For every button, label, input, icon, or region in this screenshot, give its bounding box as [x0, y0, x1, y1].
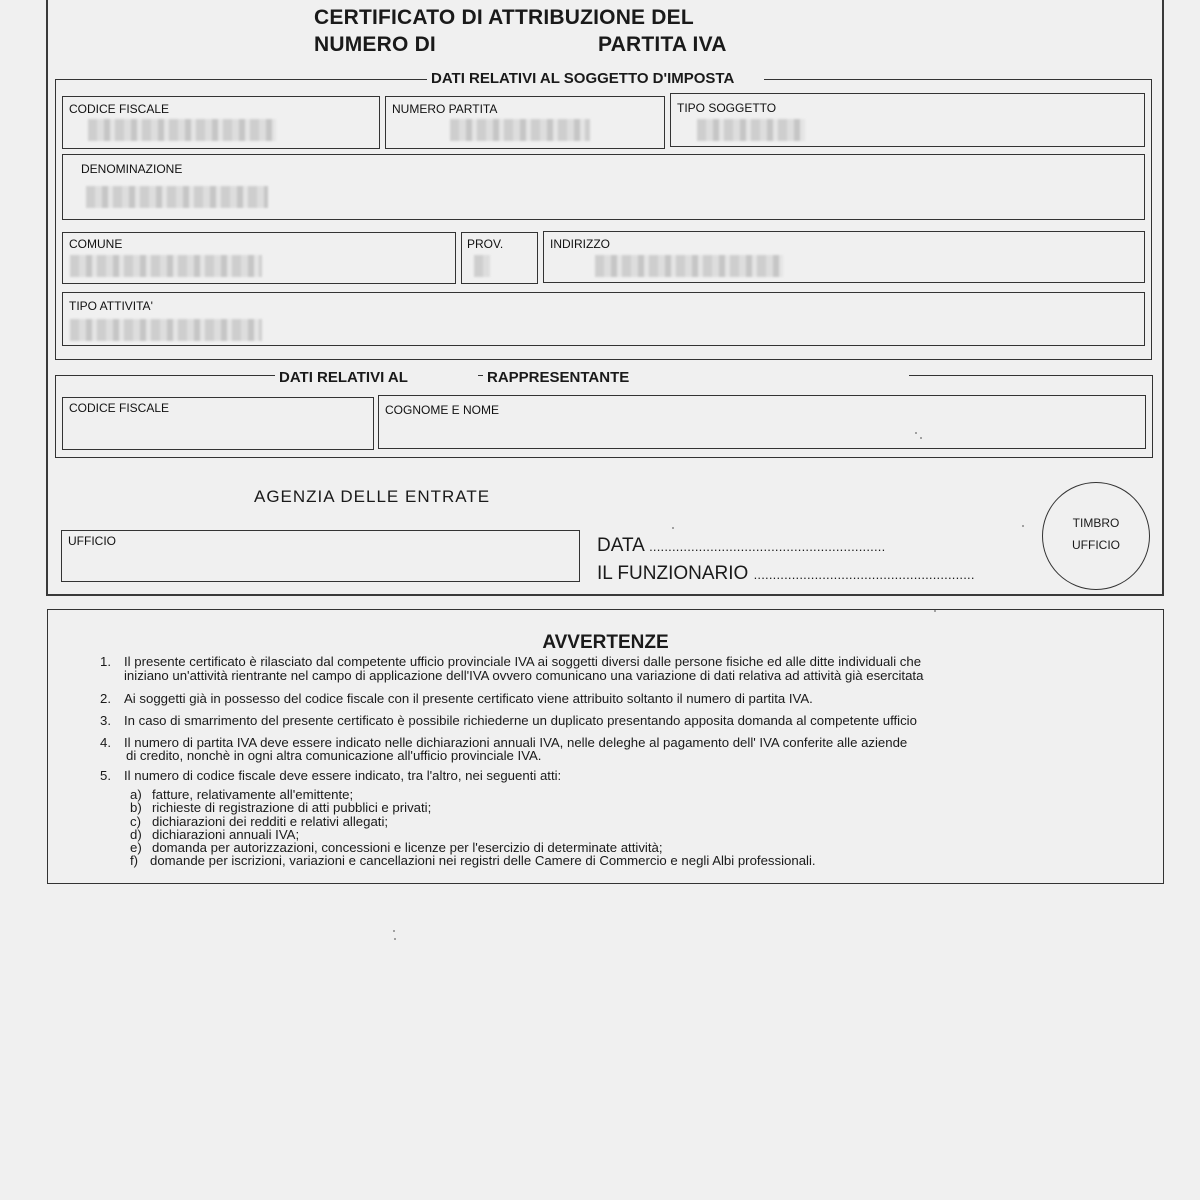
tipo-soggetto-label: TIPO SOGGETTO — [677, 101, 776, 115]
warning-text: Il numero di codice fiscale deve essere … — [124, 768, 561, 783]
stamp-line2: UFFICIO — [1043, 538, 1149, 552]
agency-name: AGENZIA DELLE ENTRATE — [254, 487, 490, 507]
subitem-a: a)fatture, relativamente all'emittente; — [130, 788, 816, 801]
taxpayer-section-heading: DATI RELATIVI AL SOGGETTO D'IMPOSTA — [427, 70, 764, 87]
warning-item-3: 3.In caso di smarrimento del presente ce… — [100, 714, 917, 728]
scan-speck — [1022, 525, 1024, 527]
ufficio-label: UFFICIO — [68, 534, 116, 548]
warning-text: In caso di smarrimento del presente cert… — [124, 713, 917, 728]
denominazione-value-redacted — [86, 186, 268, 208]
scan-speck — [672, 527, 674, 529]
scan-speck — [920, 437, 922, 439]
warning-text: Il presente certificato è rilasciato dal… — [124, 654, 921, 669]
warning-number: 5. — [100, 769, 124, 783]
subitem-d: d)dichiarazioni annuali IVA; — [130, 828, 816, 841]
ufficio-field — [61, 530, 580, 582]
data-dotted-line: ........................................… — [649, 539, 885, 554]
warning-number: 2. — [100, 692, 124, 706]
warning-text: Ai soggetti già in possesso del codice f… — [124, 691, 813, 706]
certificate-title-line2-right: PARTITA IVA — [598, 33, 727, 57]
subitem-f: f)domande per iscrizioni, variazioni e c… — [130, 854, 816, 867]
representative-section-heading-right: RAPPRESENTANTE — [483, 369, 909, 386]
subitem-e: e)domanda per autorizzazioni, concession… — [130, 841, 816, 854]
certificate-title-line1: CERTIFICATO DI ATTRIBUZIONE DEL — [314, 6, 694, 30]
warning-subitems: a)fatture, relativamente all'emittente; … — [130, 788, 816, 868]
scan-speck — [393, 930, 395, 932]
indirizzo-label: INDIRIZZO — [550, 237, 610, 251]
outer-frame-bottom — [46, 594, 1164, 596]
comune-value-redacted — [70, 255, 262, 277]
warning-item-5: 5.Il numero di codice fiscale deve esser… — [100, 769, 561, 783]
office-stamp-circle: TIMBRO UFFICIO — [1042, 482, 1150, 590]
rappresentante-codice-fiscale-label: CODICE FISCALE — [69, 401, 169, 415]
codice-fiscale-value-redacted — [88, 119, 276, 141]
tipo-attivita-value-redacted — [70, 319, 262, 341]
numero-partita-label: NUMERO PARTITA — [392, 102, 497, 116]
warning-number: 3. — [100, 714, 124, 728]
indirizzo-value-redacted — [595, 255, 783, 277]
warning-number: 4. — [100, 737, 124, 750]
numero-partita-value-redacted — [450, 119, 590, 141]
funzionario-label-text: IL FUNZIONARIO — [597, 563, 748, 584]
warnings-title: AVVERTENZE — [47, 632, 1164, 654]
funzionario-dotted-line: ........................................… — [754, 567, 975, 582]
outer-frame-right — [1162, 0, 1164, 595]
stamp-line1: TIMBRO — [1043, 516, 1149, 530]
funzionario-label: IL FUNZIONARIO .........................… — [597, 563, 975, 585]
representative-section-heading-left: DATI RELATIVI AL — [275, 369, 478, 386]
denominazione-label: DENOMINAZIONE — [81, 162, 182, 176]
subitem-c: c)dichiarazioni dei redditi e relativi a… — [130, 815, 816, 828]
certificate-title-line2-left: NUMERO DI — [314, 33, 436, 57]
warning-text-cont: iniziano un'attività rientrante nel camp… — [100, 669, 923, 683]
prov-value-redacted — [474, 255, 490, 277]
prov-label: PROV. — [467, 237, 503, 251]
scan-speck — [394, 938, 396, 940]
tipo-soggetto-value-redacted — [697, 119, 805, 141]
codice-fiscale-label: CODICE FISCALE — [69, 102, 169, 116]
comune-label: COMUNE — [69, 237, 122, 251]
warning-item-1: 1.Il presente certificato è rilasciato d… — [100, 655, 923, 683]
scan-speck — [915, 432, 917, 434]
warning-text-cont: di credito, nonchè in ogni altra comunic… — [100, 750, 907, 763]
cognome-nome-label: COGNOME E NOME — [385, 403, 499, 417]
outer-frame-left — [46, 0, 48, 595]
data-label-text: DATA — [597, 535, 644, 556]
warning-item-4: 4.Il numero di partita IVA deve essere i… — [100, 737, 907, 762]
tipo-attivita-label: TIPO ATTIVITA' — [69, 299, 153, 313]
data-label: DATA ...................................… — [597, 535, 885, 557]
warning-number: 1. — [100, 655, 124, 669]
warning-item-2: 2.Ai soggetti già in possesso del codice… — [100, 692, 813, 706]
subitem-b: b)richieste di registrazione di atti pub… — [130, 801, 816, 814]
